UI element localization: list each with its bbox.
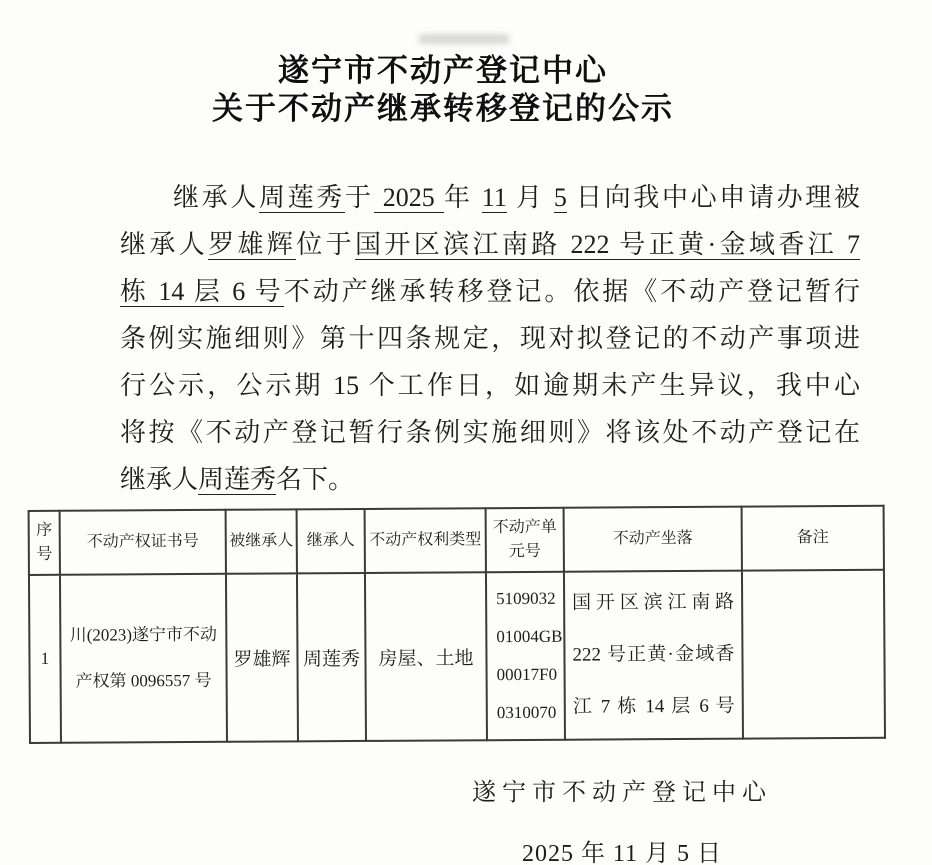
table-header-row: 序 号 不动产权证书号 被继承人 继承人 不动产权利类型 不动产单 元号 不动产…: [29, 506, 884, 575]
notice-footer: 遂宁市不动产登记中心 2025 年 11 月 5 日: [472, 772, 772, 865]
cell-location: 国开区滨江南路 222 号正黄·金域香 江 7 栋 14 层 6 号: [564, 571, 743, 740]
underlined-text: 11: [482, 183, 507, 213]
body-line-4: 条例实施细则》第十四条规定，现对拟登记的不动产事项进: [120, 315, 860, 362]
underlined-text: 罗雄辉: [208, 230, 296, 260]
body-line-3: 栋 14 层 6 号不动产继承转移登记。依据《不动产登记暂行: [120, 268, 860, 315]
body-line-1: 继承人周莲秀于 2025 年 11 月 5 日向我中心申请办理被: [120, 174, 860, 221]
cell-right-type: 房屋、土地: [365, 572, 487, 741]
body-line-6: 将按《不动产登记暂行条例实施细则》将该处不动产登记在: [120, 409, 860, 456]
registration-table: 序 号 不动产权证书号 被继承人 继承人 不动产权利类型 不动产单 元号 不动产…: [28, 505, 886, 744]
notice-document-page: 遂宁市不动产登记中心 关于不动产继承转移登记的公示 继承人周莲秀于 2025 年…: [0, 0, 932, 865]
scan-smudge-artifact: [418, 34, 510, 44]
plain-text: 继承人: [173, 183, 259, 212]
plain-text: 继承人: [120, 230, 208, 259]
plain-text: 年: [444, 183, 482, 212]
cell-cert-no: 川(2023)遂宁市不动 产权第 0096557 号: [60, 574, 227, 743]
title-line-2: 关于不动产继承转移登记的公示: [0, 90, 886, 128]
plain-text: 月: [507, 183, 554, 212]
cell-heir: 周莲秀: [297, 573, 366, 741]
col-header-unit-no: 不动产单 元号: [486, 508, 564, 572]
cell-seq: 1: [29, 575, 61, 743]
col-header-seq: 序 号: [29, 511, 60, 575]
body-line-7: 继承人周莲秀名下。: [120, 456, 860, 503]
notice-body: 继承人周莲秀于 2025 年 11 月 5 日向我中心申请办理被 继承人罗雄辉位…: [120, 174, 860, 503]
plain-text: 行公示，公示期 15 个工作日，如逾期未产生异议，我中心: [120, 371, 860, 400]
body-line-2: 继承人罗雄辉位于国开区滨江南路 222 号正黄·金域香江 7: [120, 221, 860, 268]
title-line-1: 遂宁市不动产登记中心: [0, 52, 886, 90]
plain-text: 于: [345, 183, 374, 212]
plain-text: 不动产继承转移登记。依据《不动产登记暂行: [284, 277, 860, 306]
underlined-text: 2025: [374, 183, 444, 213]
issuer-name: 遂宁市不动产登记中心: [472, 772, 772, 807]
col-header-heir: 继承人: [297, 509, 365, 573]
plain-text: 日向我中心申请办理被: [567, 183, 860, 212]
cell-unit-no: 5109032 01004GB 00017F0 0310070: [486, 572, 565, 740]
issue-date: 2025 年 11 月 5 日: [472, 833, 772, 865]
body-line-5: 行公示，公示期 15 个工作日，如逾期未产生异议，我中心: [120, 362, 860, 409]
underlined-text: 栋 14 层 6 号: [120, 277, 284, 307]
col-header-decedent: 被继承人: [226, 509, 297, 573]
col-header-location: 不动产坐落: [564, 507, 742, 572]
col-header-right-type: 不动产权利类型: [365, 508, 486, 573]
document-title: 遂宁市不动产登记中心 关于不动产继承转移登记的公示: [0, 52, 886, 128]
col-header-remark: 备注: [742, 506, 884, 571]
underlined-text: 5: [554, 183, 567, 213]
plain-text: 名下。: [276, 465, 354, 494]
plain-text: 将按《不动产登记暂行条例实施细则》将该处不动产登记在: [120, 418, 860, 447]
underlined-text: 国开区滨江南路 222 号正黄·金域香江 7: [355, 230, 860, 260]
underlined-text: 周莲秀: [198, 465, 276, 495]
underlined-text: 周莲秀: [259, 183, 345, 213]
col-header-cert-no: 不动产权证书号: [60, 510, 226, 575]
plain-text: 位于: [296, 230, 355, 259]
plain-text: 继承人: [120, 465, 198, 494]
plain-text: 条例实施细则》第十四条规定，现对拟登记的不动产事项进: [120, 324, 860, 353]
cell-decedent: 罗雄辉: [226, 573, 298, 741]
cell-remark: [742, 570, 885, 739]
table-row: 1 川(2023)遂宁市不动 产权第 0096557 号 罗雄辉 周莲秀 房屋、…: [29, 570, 885, 743]
